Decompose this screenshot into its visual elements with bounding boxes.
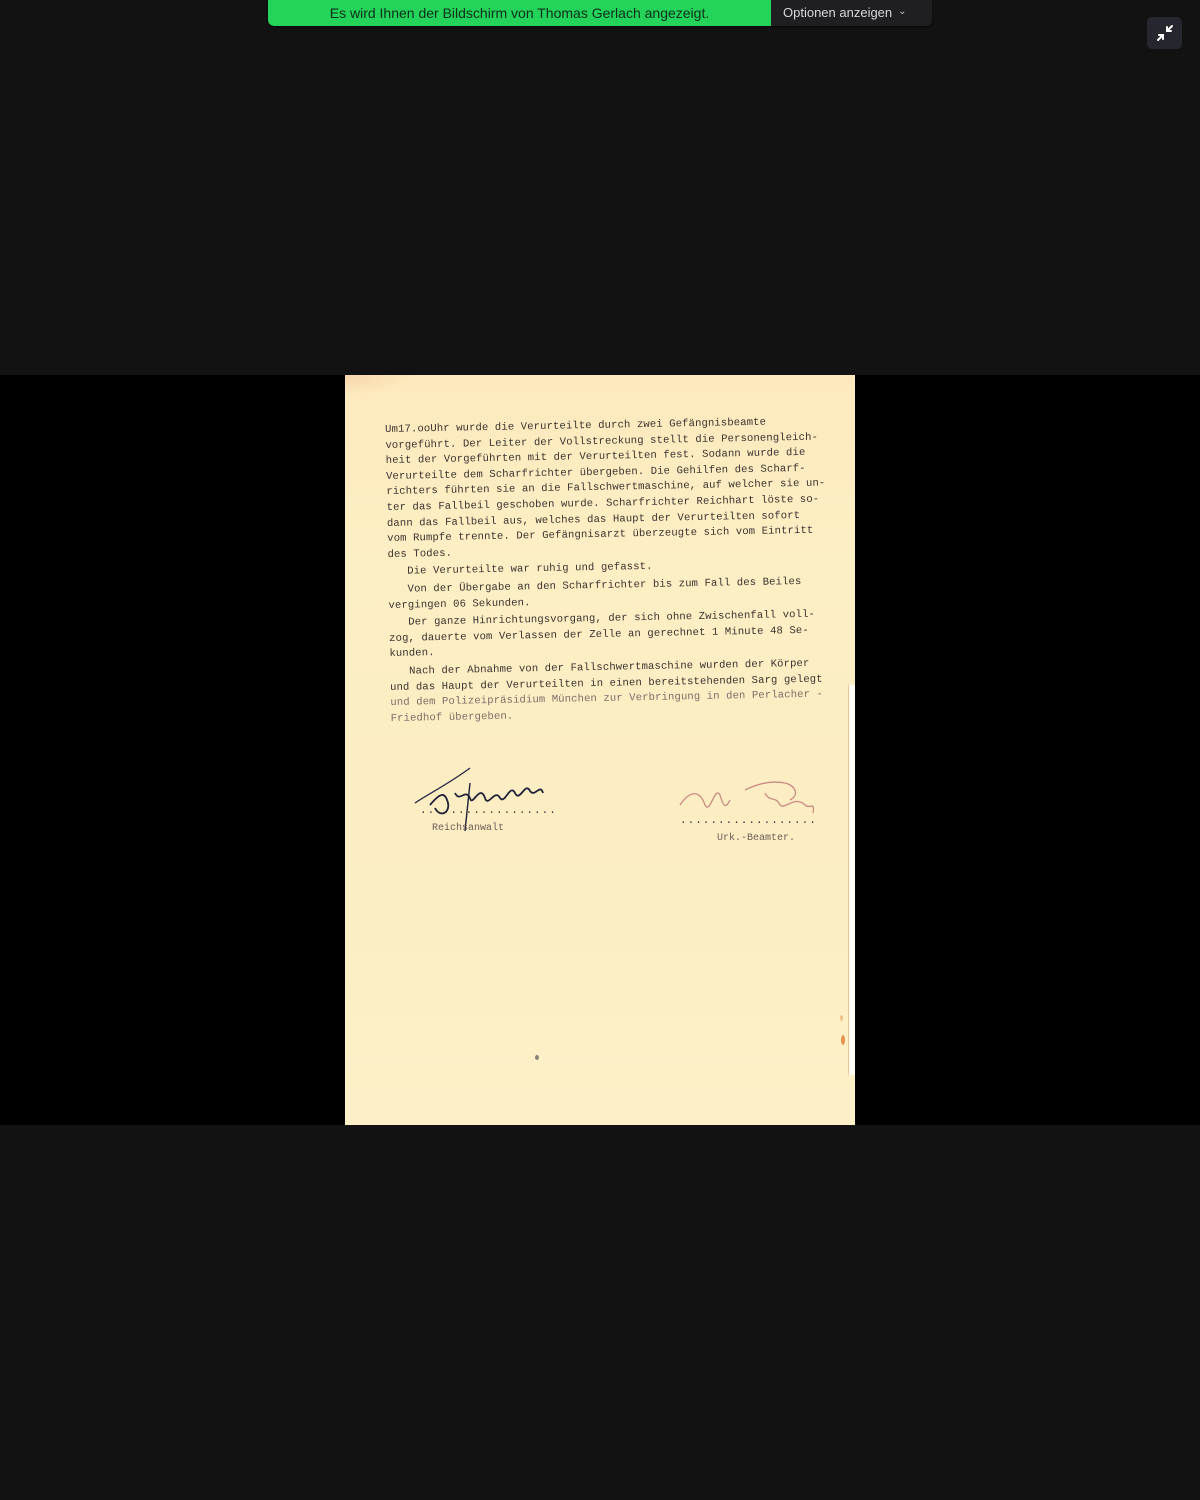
share-status-message: Es wird Ihnen der Bildschirm von Thomas … bbox=[268, 0, 771, 26]
document-paragraph: Nach der Abnahme von der Fallschwertmasc… bbox=[390, 656, 851, 727]
typed-text: Um17.ooUhr wurde die Verurteilte durch z… bbox=[385, 414, 851, 727]
signature-block-left: .................. Reichsanwalt bbox=[410, 763, 560, 848]
ink-dot bbox=[535, 1055, 539, 1060]
stain-mark bbox=[841, 1035, 845, 1045]
view-options-button[interactable]: Optionen anzeigen ⌄ bbox=[771, 0, 932, 26]
document-page: Um17.ooUhr wurde die Verurteilte durch z… bbox=[345, 375, 855, 1125]
exit-fullscreen-button[interactable] bbox=[1147, 17, 1182, 49]
chevron-down-icon: ⌄ bbox=[898, 0, 906, 24]
signature-line-right: .................. bbox=[680, 815, 817, 827]
signature-line-left: .................. bbox=[420, 805, 557, 817]
exit-fullscreen-icon bbox=[1155, 23, 1175, 43]
page-edge bbox=[848, 685, 855, 1075]
shared-screen-area: Um17.ooUhr wurde die Verurteilte durch z… bbox=[0, 375, 1200, 1125]
view-options-label: Optionen anzeigen bbox=[783, 1, 892, 25]
document-paragraph: Um17.ooUhr wurde die Verurteilte durch z… bbox=[385, 414, 848, 563]
signature-title-right: Urk.-Beamter. bbox=[717, 833, 795, 844]
stain-mark bbox=[840, 1015, 843, 1021]
screen-share-banner: Es wird Ihnen der Bildschirm von Thomas … bbox=[268, 0, 932, 26]
signature-block-right: .................. Urk.-Beamter. bbox=[675, 775, 835, 855]
document-paragraph: Der ganze Hinrichtungsvorgang, der sich … bbox=[389, 607, 850, 663]
signature-title-left: Reichsanwalt bbox=[432, 823, 504, 834]
